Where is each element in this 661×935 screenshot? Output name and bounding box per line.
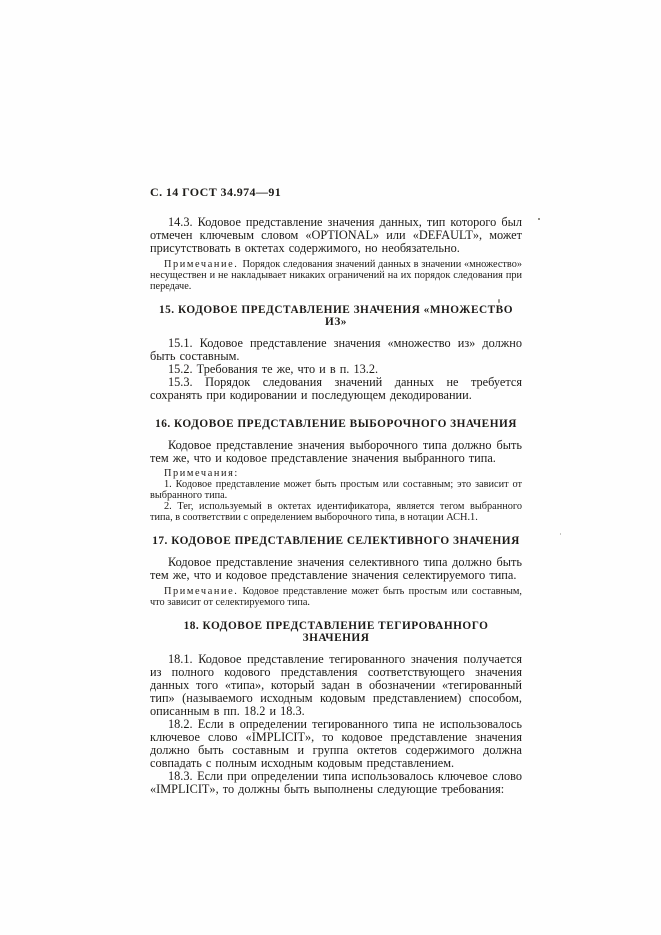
scan-speck — [538, 218, 540, 220]
notes-label-16: Примечания: — [150, 468, 522, 479]
clause-16-body: Кодовое представление значения выборочно… — [150, 439, 522, 465]
clause-14-3: 14.3. Кодовое представление значения дан… — [150, 216, 522, 255]
section-heading-16: 16. КОДОВОЕ ПРЕДСТАВЛЕНИЕ ВЫБОРОЧНОГО ЗН… — [150, 418, 522, 430]
clause-15-1: 15.1. Кодовое представление значения «мн… — [150, 337, 522, 363]
note-16-2: 2. Тег, используемый в октетах идентифик… — [150, 501, 522, 523]
clause-17-body: Кодовое представление значения селективн… — [150, 556, 522, 582]
section-heading-18: 18. КОДОВОЕ ПРЕДСТАВЛЕНИЕ ТЕГИРОВАННОГО … — [150, 620, 522, 644]
scan-speck — [560, 533, 561, 535]
clause-18-2: 18.2. Если в определении тегированного т… — [150, 718, 522, 770]
clause-18-3: 18.3. Если при определении типа использо… — [150, 770, 522, 796]
note-17: Примечание.Кодовое представление может б… — [150, 586, 522, 608]
note-label: Примечание. — [164, 586, 238, 597]
clause-15-3: 15.3. Порядок следования значений данных… — [150, 376, 522, 402]
section-heading-15: 15. КОДОВОЕ ПРЕДСТАВЛЕНИЕ ЗНАЧЕНИЯ «МНОЖ… — [150, 304, 522, 328]
note-14-3: Примечание.Порядок следования значений д… — [150, 259, 522, 292]
notes-block-16: Примечания: 1. Кодовое представление мож… — [150, 468, 522, 523]
clause-18-1: 18.1. Кодовое представление тегированног… — [150, 653, 522, 718]
section-heading-17: 17. КОДОВОЕ ПРЕДСТАВЛЕНИЕ СЕЛЕКТИВНОГО З… — [150, 535, 522, 547]
page-header: С. 14 ГОСТ 34.974—91 — [150, 186, 522, 199]
note-label: Примечание. — [164, 259, 238, 270]
notes-label: Примечания: — [164, 468, 239, 479]
document-page: С. 14 ГОСТ 34.974—91 14.3. Кодовое предс… — [0, 0, 661, 935]
note-16-1: 1. Кодовое представление может быть прос… — [150, 479, 522, 501]
scan-speck — [498, 299, 500, 303]
